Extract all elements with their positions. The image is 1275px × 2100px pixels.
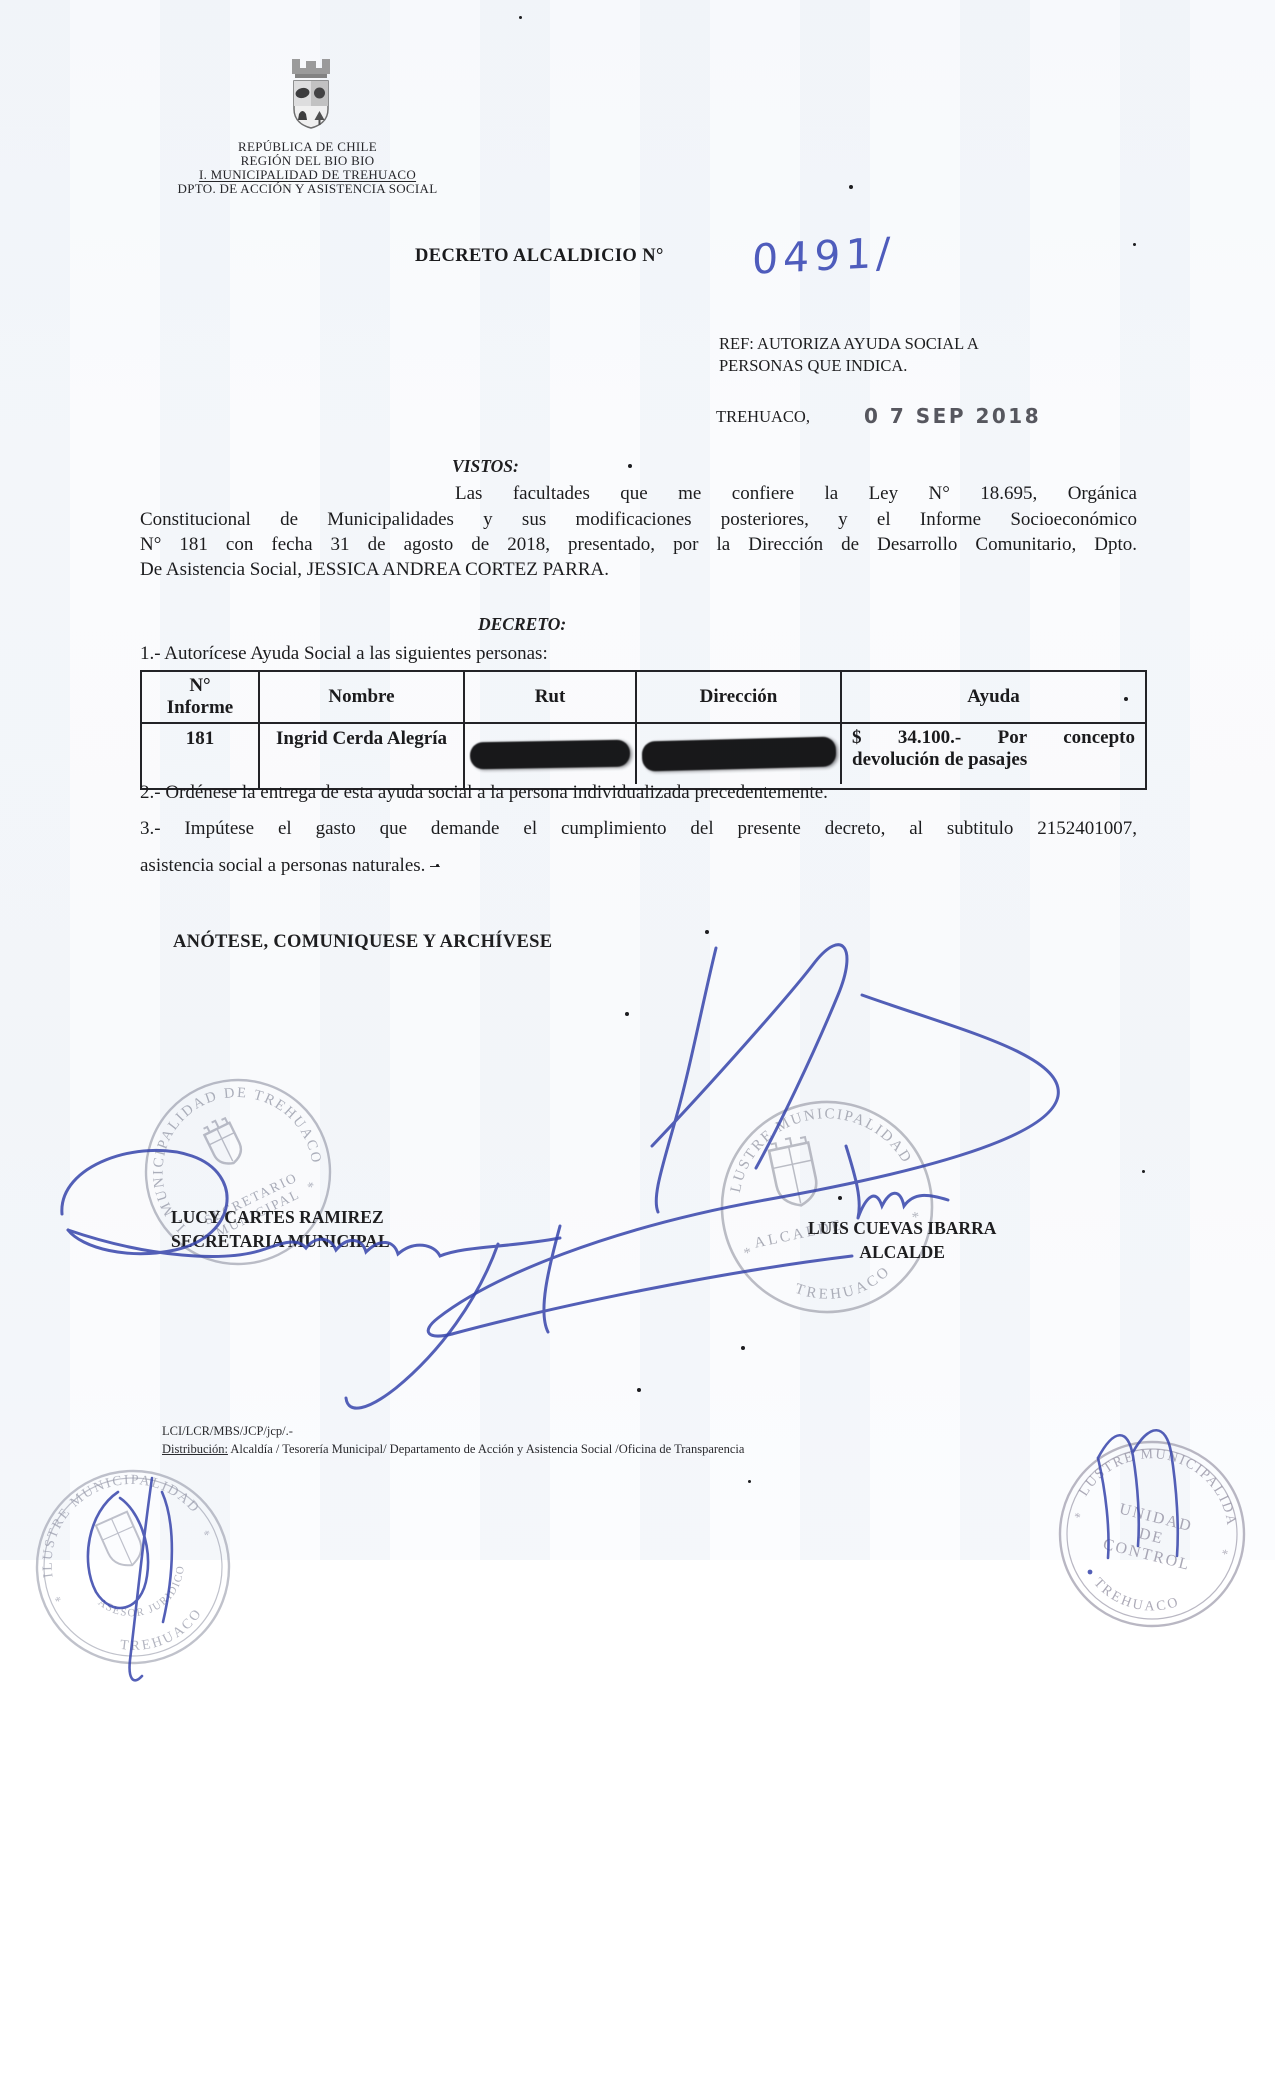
- decree-number-handwritten: 0491/: [752, 228, 896, 284]
- vistos-line-1: Las facultades que me confiere la Ley N°…: [455, 483, 1137, 505]
- table-cell-informe: 181: [142, 724, 260, 788]
- scan-speck: [436, 864, 439, 867]
- scan-speck: [1142, 1170, 1145, 1173]
- decree-title: DECRETO ALCALDICIO N°: [415, 246, 664, 267]
- ayuda-line1: $ 34.100.- Por concepto: [852, 727, 1135, 749]
- date-received-stamp: 0 7 SEP 2018: [864, 404, 1041, 428]
- redaction-rut: [470, 739, 630, 769]
- decree-item-2: 2.- Ordénese la entrega de esta ayuda so…: [140, 782, 828, 804]
- scanned-decree-page: REPÚBLICA DE CHILE REGIÓN DEL BIO BIO I.…: [0, 0, 1275, 2100]
- scan-speck: [741, 1346, 745, 1350]
- vistos-line-4: De Asistencia Social, JESSICA ANDREA COR…: [140, 559, 609, 581]
- table-cell-direccion: [637, 724, 842, 784]
- decree-item-3-line2: asistencia social a personas naturales. …: [140, 855, 440, 877]
- scan-speck: [1133, 243, 1136, 246]
- scan-speck: [625, 1012, 629, 1016]
- vistos-heading: VISTOS:: [452, 456, 519, 477]
- vistos-line-3: N° 181 con fecha 31 de agosto de 2018, p…: [140, 534, 1137, 556]
- scan-speck: [838, 1196, 842, 1200]
- decree-item-1: 1.- Autorícese Ayuda Social a las siguie…: [140, 643, 548, 665]
- table-cell-rut: [465, 724, 637, 784]
- signature-right-block: LUIS CUEVAS IBARRA ALCALDE: [808, 1216, 996, 1264]
- star-icon: *: [201, 1526, 213, 1542]
- letterhead-line1: REPÚBLICA DE CHILE: [140, 140, 475, 154]
- scan-speck: [849, 185, 853, 189]
- decree-item-3-line1: 3.- Impútese el gasto que demande el cum…: [140, 818, 1137, 840]
- ayuda-line2: devolución de pasajes: [852, 749, 1135, 771]
- distribution-text: Alcaldía / Tesorería Municipal/ Departam…: [228, 1442, 744, 1456]
- scan-speck: [637, 1388, 641, 1392]
- mayor-title: ALCALDE: [808, 1240, 996, 1264]
- table-cell-nombre: Ingrid Cerda Alegría: [260, 724, 465, 788]
- aid-table: N° Informe Nombre Rut Dirección Ayuda 18…: [140, 670, 1147, 790]
- table-cell-ayuda: $ 34.100.- Por concepto devolución de pa…: [842, 724, 1145, 784]
- redaction-direccion: [641, 736, 836, 771]
- control-stamp-bottom-text: TREHUACO: [1087, 1573, 1186, 1623]
- scan-speck: [1124, 697, 1128, 701]
- reference-block: REF: AUTORIZA AYUDA SOCIAL A PERSONAS QU…: [719, 333, 1059, 377]
- svg-text:TREHUACO: TREHUACO: [790, 1261, 898, 1312]
- secretary-name: LUCY CARTES RAMIREZ: [171, 1205, 390, 1229]
- letterhead-line2: REGIÓN DEL BIO BIO: [140, 154, 475, 168]
- scan-speck: [628, 464, 632, 468]
- star-icon: *: [1072, 1509, 1082, 1525]
- signature-left-block: LUCY CARTES RAMIREZ SECRETARIA MUNICIPAL: [171, 1205, 390, 1253]
- closing-formula: ANÓTESE, COMUNIQUESE Y ARCHÍVESE: [173, 932, 552, 953]
- alcalde-stamp: ILUSTRE MUNICIPALIDAD TREHUACO ALCALDE *…: [691, 1071, 964, 1344]
- ref-line2: PERSONAS QUE INDICA.: [719, 355, 1059, 377]
- table-header-nombre: Nombre: [260, 672, 465, 724]
- secretary-title: SECRETARIA MUNICIPAL: [171, 1229, 390, 1253]
- footer-distribution: Distribución: Alcaldía / Tesorería Munic…: [162, 1442, 744, 1457]
- place-label: TREHUACO,: [716, 406, 810, 428]
- table-header-direccion: Dirección: [637, 672, 842, 724]
- decreto-heading: DECRETO:: [478, 614, 566, 635]
- star-icon: *: [53, 1593, 65, 1609]
- vistos-line-2: Constitucional de Municipalidades y sus …: [140, 509, 1137, 531]
- ref-line1: REF: AUTORIZA AYUDA SOCIAL A: [719, 333, 1059, 355]
- scan-speck: [705, 930, 709, 934]
- alcalde-stamp-bottom-text: TREHUACO: [790, 1261, 898, 1312]
- scan-speck: [748, 1480, 751, 1483]
- star-icon: *: [305, 1179, 318, 1196]
- table-header-informe: N° Informe: [142, 672, 260, 724]
- scan-speck: [519, 16, 522, 19]
- letterhead-line3: I. MUNICIPALIDAD DE TREHUACO: [140, 168, 475, 182]
- table-header-rut: Rut: [465, 672, 637, 724]
- mayor-name: LUIS CUEVAS IBARRA: [808, 1216, 996, 1240]
- letterhead-line4: DPTO. DE ACCIÓN Y ASISTENCIA SOCIAL: [140, 182, 475, 196]
- letterhead: REPÚBLICA DE CHILE REGIÓN DEL BIO BIO I.…: [140, 140, 475, 196]
- table-header-ayuda: Ayuda: [842, 672, 1145, 724]
- svg-text:TREHUACO: TREHUACO: [1087, 1573, 1186, 1623]
- star-icon: *: [742, 1245, 753, 1262]
- coat-of-arms-icon: [283, 56, 339, 142]
- star-icon: *: [1220, 1546, 1230, 1562]
